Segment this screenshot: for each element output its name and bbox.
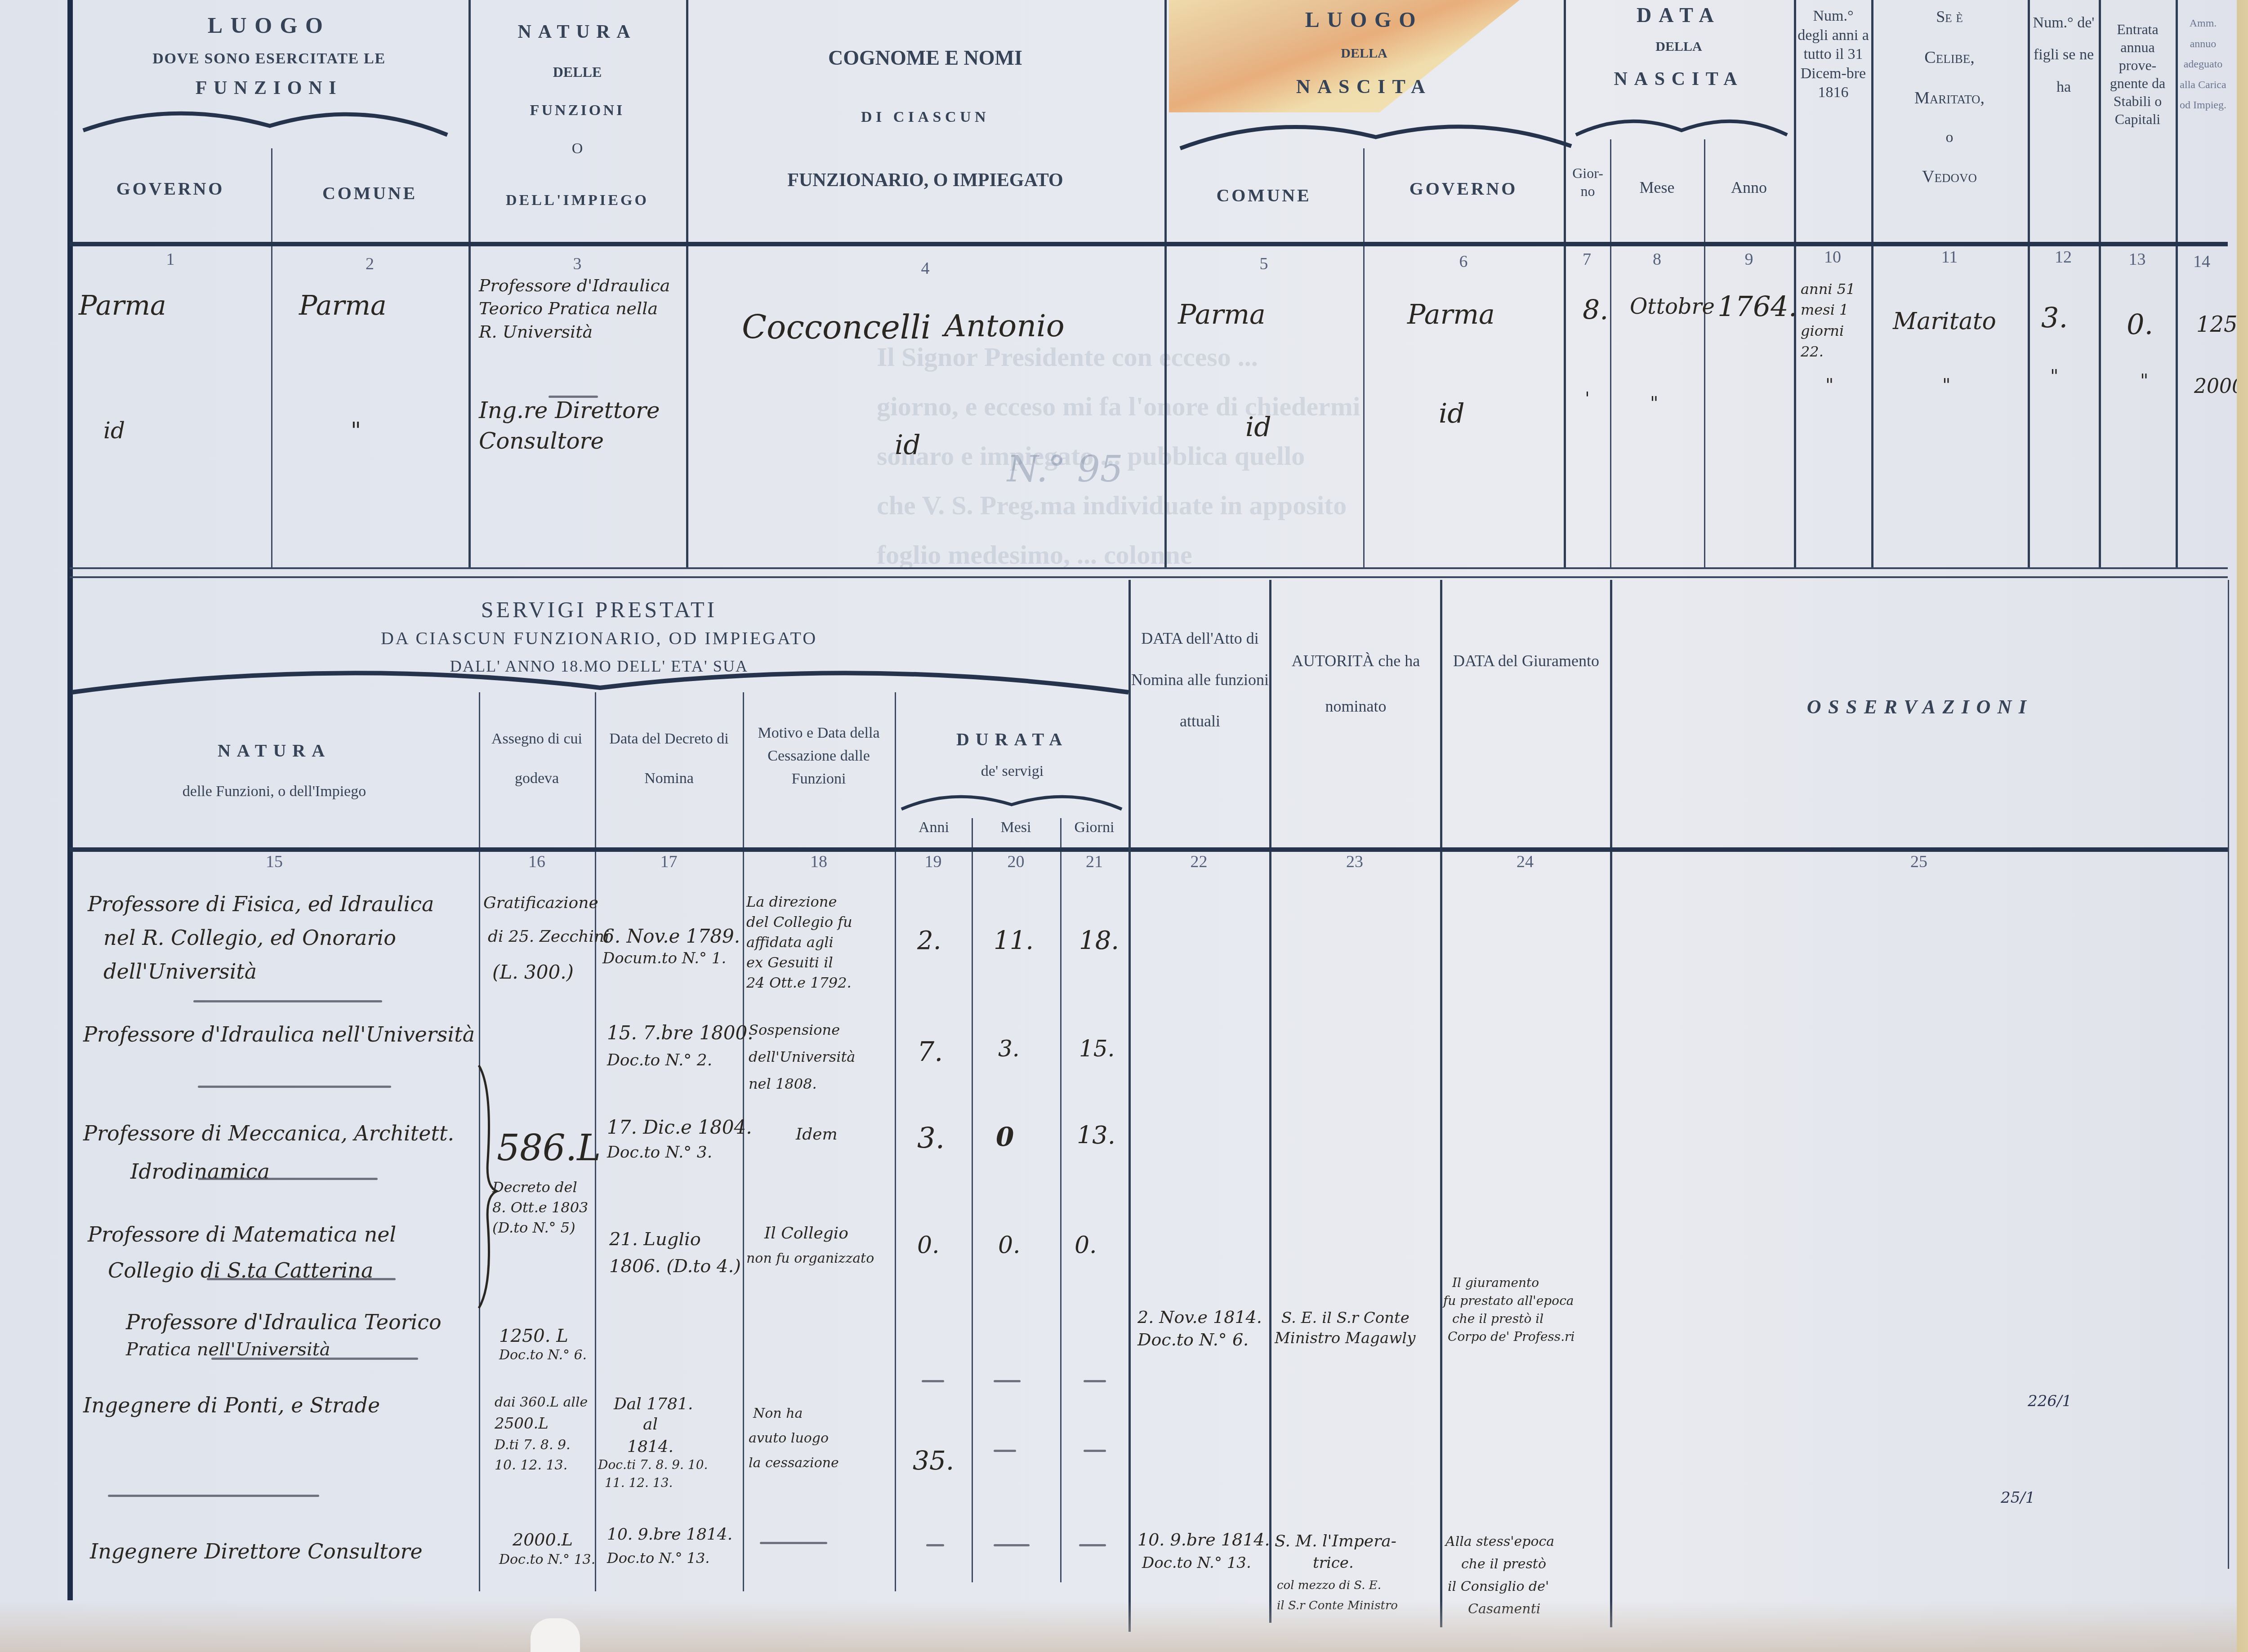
row1-comune: Parma [299, 288, 387, 324]
col-divider [468, 0, 471, 569]
col-divider [1871, 0, 1873, 569]
header-rule [70, 847, 1128, 852]
section-subtitle-age: DALL' ANNO 18.MO DELL' ETA' SUA [70, 656, 1128, 677]
service-row-decreto: Doc.to N.° 2. [607, 1050, 712, 1072]
service-row-data-atto: 2. Nov.e 1814. [1137, 1306, 1262, 1329]
service-row-natura: Professore d'Idraulica nell'Università [83, 1020, 475, 1048]
header-maritato: Maritato, [1871, 88, 2028, 109]
service-row-motivo: dell'Università [749, 1047, 855, 1067]
service-row-anni: 0. [917, 1229, 940, 1261]
document-page: Il Signor Presidente con ecceso ... gior… [0, 0, 2237, 1652]
service-row-natura: Idrodinamica [130, 1158, 270, 1185]
row1-entrata: 0. [2127, 306, 2153, 343]
service-row-giorni: 13. [1077, 1119, 1115, 1152]
column-number: 16 [479, 852, 595, 872]
header-rule [1131, 847, 2228, 852]
header-data-della: DELLA [1564, 38, 1794, 55]
service-row-mesi: 0 [996, 1119, 1014, 1154]
service-row-motivo: del Collegio fu [746, 913, 852, 932]
header-data-atto: DATA dell'Atto di Nomina alle funzioni a… [1131, 618, 1269, 742]
column-number: 9 [1704, 249, 1794, 269]
bleed-through-text: giorno, e ecceso mi fa l'onore di chiede… [877, 391, 1360, 422]
service-row-natura: dell'Università [103, 957, 257, 985]
empty-dash [994, 1544, 1030, 1546]
service-row-motivo: La direzione [746, 892, 837, 912]
service-row-giorni: 15. [1079, 1034, 1115, 1064]
header-durata-sub: de' servigi [896, 762, 1128, 781]
row2-nascita-governo: id [1439, 396, 1465, 432]
column-number: 7 [1564, 249, 1610, 269]
service-row-assegno: 2500.L [495, 1414, 549, 1434]
page-right-border [2228, 580, 2229, 1569]
header-vedovo: Vedovo [1871, 166, 2028, 188]
column-number: 8 [1610, 249, 1704, 269]
header-data-nascita-label: NASCITA [1564, 67, 1794, 91]
header-funzionario: FUNZIONARIO, O IMPIEGATO [686, 169, 1164, 192]
header-della: DELLA [1164, 45, 1564, 62]
service-row-natura: Professore d'Idraulica Teorico [126, 1308, 442, 1336]
service-row-mesi: 11. [994, 924, 1034, 958]
empty-dash [1079, 1544, 1106, 1546]
service-row-giuramento: che il prestò il [1452, 1310, 1543, 1327]
empty-dash [922, 1380, 944, 1382]
service-row-assegno: dai 360.L alle [495, 1394, 588, 1412]
service-row-motivo: 24 Ott.e 1792. [746, 973, 852, 993]
row1-nome: Antonio [944, 306, 1065, 347]
service-row-autorita: S. E. il S.r Conte [1281, 1308, 1409, 1329]
service-row-motivo: ex Gesuiti il [746, 953, 833, 972]
header-durata: DURATA [896, 728, 1128, 751]
row1-nascita-governo: Parma [1407, 297, 1495, 333]
service-row-assegno: D.ti 7. 8. 9. [495, 1436, 571, 1455]
service-row-decreto: 17. Dic.e 1804. [607, 1115, 752, 1140]
row1-nascita-comune: Parma [1178, 297, 1266, 333]
service-row-data-atto: 10. 9.bre 1814. [1137, 1528, 1270, 1551]
sub-divider [1704, 139, 1705, 569]
header-natura: NATURA [468, 20, 686, 44]
row-separator [193, 1000, 382, 1002]
service-row-anni: 3. [917, 1119, 945, 1158]
header-cognome: COGNOME E NOMI [686, 45, 1164, 71]
brace-decoration [1574, 110, 1789, 142]
service-row-anni: 35. [913, 1443, 954, 1478]
header-anno: Anno [1704, 178, 1794, 198]
bleed-through-text: Il Signor Presidente con ecceso ... [877, 342, 1258, 373]
service-row-assegno: 2000.L [513, 1528, 573, 1551]
service-row-natura: Ingegnere di Ponti, e Strade [83, 1391, 380, 1419]
service-row-decreto: al [643, 1414, 658, 1436]
column-number: 5 [1164, 254, 1363, 274]
margin-note: 226/1 [2028, 1391, 2072, 1412]
column-number: 11 [1871, 247, 2028, 267]
header-comune: COMUNE [271, 182, 468, 205]
service-row-motivo: avuto luogo [749, 1429, 829, 1448]
row2-eta: " [1825, 373, 1833, 397]
empty-dash [1084, 1380, 1106, 1382]
row1-figli: 3. [2041, 299, 2068, 337]
service-row-giorni: 0. [1075, 1229, 1097, 1261]
header-natura-impiego: delle Funzioni, o dell'Impiego [70, 782, 479, 802]
section-rule [70, 567, 2228, 569]
col-divider [686, 0, 688, 569]
service-row-decreto: 11. 12. 13. [605, 1474, 673, 1492]
row-separator [207, 1278, 396, 1280]
header-giorno: Gior-no [1566, 164, 1609, 200]
margin-note: 25/1 [2001, 1488, 2035, 1509]
service-row-giuramento: Il giuramento [1452, 1274, 1539, 1291]
section-subtitle: DA CIASCUN FUNZIONARIO, OD IMPIEGATO [70, 627, 1128, 650]
header-natura-delle: DELLE [468, 63, 686, 81]
column-number: 20 [972, 852, 1060, 872]
service-row-motivo: Non ha [753, 1405, 803, 1423]
col-divider [1610, 580, 1612, 1627]
sub-divider [743, 692, 744, 1591]
empty-dash [1084, 1450, 1106, 1452]
service-row-decreto: Docum.to N.° 1. [602, 948, 726, 969]
header-natura-funzioni: FUNZIONI [468, 101, 686, 120]
header-natura-impiego: DELL'IMPIEGO [468, 191, 686, 210]
header-autorita: AUTORITÀ che ha nominato [1271, 638, 1440, 729]
column-number: 2 [271, 254, 468, 274]
section-rule [70, 576, 2228, 578]
service-row-natura: Ingegnere Direttore Consultore [90, 1537, 423, 1565]
service-row-giorni: 18. [1079, 924, 1119, 958]
service-row-decreto: Doc.to N.° 3. [607, 1142, 712, 1164]
service-row-assegno: 8. Ott.e 1803 [492, 1198, 588, 1217]
row2-governo: id [103, 416, 125, 446]
sub-divider [1363, 148, 1365, 569]
header-col14: Amm. annuo adeguato alla Carica od Impie… [2178, 13, 2228, 116]
service-row-decreto: Doc.ti 7. 8. 9. 10. [598, 1456, 708, 1474]
row1-cognome: Cocconcelli [742, 306, 931, 349]
row2-natura: Ing.re Direttore Consultore [479, 396, 686, 456]
column-number: 13 [2099, 249, 2176, 269]
row1-giorno: 8. [1583, 292, 1608, 329]
col-divider [2176, 0, 2178, 569]
header-se-e: Se è [1871, 7, 2028, 27]
header-motivo: Motivo e Data della Cessazione dalle Fun… [744, 721, 893, 790]
service-row-assegno: 10. 12. 13. [495, 1456, 567, 1475]
service-row-decreto: 6. Nov.e 1789. [602, 924, 740, 949]
header-funzioni: FUNZIONI [70, 76, 468, 100]
service-row-decreto: 21. Luglio [609, 1227, 701, 1251]
header-mese: Mese [1610, 178, 1704, 198]
service-row-assegno: di 25. Zecchini [488, 926, 610, 948]
service-row-autorita: col mezzo di S. E. [1277, 1578, 1381, 1594]
header-luogo-sub: DOVE SONO ESERCITATE LE [70, 49, 468, 69]
service-row-giuramento: Alla stess'epoca [1445, 1533, 1554, 1551]
column-number: 19 [895, 852, 972, 872]
service-row-autorita: trice. [1313, 1553, 1354, 1574]
row-separator [108, 1495, 319, 1497]
bleed-through-text: che V. S. Preg.ma individuate in apposit… [877, 490, 1347, 521]
sub-divider [271, 148, 272, 569]
column-number: 25 [1610, 852, 2228, 872]
brace-decoration [474, 1061, 501, 1313]
service-row-decreto: Doc.to N.° 13. [607, 1549, 710, 1568]
sub-divider [1060, 818, 1062, 1582]
column-number: 17 [595, 852, 743, 872]
header-num-anni: Num.° degli anni a tutto il 31 Dicem-bre… [1796, 7, 1870, 102]
header-anni: Anni [896, 818, 972, 837]
service-row-giuramento: Corpo de' Profess.ri [1448, 1328, 1574, 1345]
row2-stato-civile: " [1942, 373, 1950, 397]
service-row-decreto: 1814. [627, 1436, 674, 1458]
book-clip [531, 1618, 580, 1652]
col-divider [1269, 580, 1271, 1623]
column-number: 18 [743, 852, 895, 872]
empty-dash [994, 1380, 1021, 1382]
row1-anno: 1764. [1717, 288, 1798, 325]
header-nascita-comune: COMUNE [1164, 184, 1363, 207]
column-number: 12 [2028, 247, 2099, 267]
service-row-anni: 7. [917, 1034, 943, 1070]
empty-dash [760, 1542, 827, 1544]
service-row-decreto: Dal 1781. [614, 1394, 693, 1416]
row2-cognome: id [895, 427, 921, 463]
column-number: 14 [2176, 252, 2228, 272]
service-row-assegno: Decreto del [492, 1178, 577, 1197]
header-nascita-governo: GOVERNO [1363, 178, 1564, 200]
column-number: 23 [1269, 852, 1440, 872]
service-row-motivo: Idem [796, 1124, 838, 1146]
service-row-giuramento: il Consiglio de' [1448, 1578, 1549, 1596]
row2-giorno: ' [1585, 387, 1590, 411]
header-mesi: Mesi [972, 818, 1060, 837]
stamp-number: N.° 95 [1007, 445, 1123, 494]
row1-eta: anni 51 mesi 1 giorni 22. [1801, 279, 1868, 362]
service-row-autorita: Ministro Magawly [1275, 1328, 1415, 1349]
row1-governo: Parma [79, 288, 166, 324]
header-assegno: Assegno di cui godeva [480, 719, 593, 799]
header-o: o [1871, 128, 2028, 147]
column-number: 24 [1440, 852, 1610, 872]
row2-nascita-comune: id [1245, 409, 1271, 445]
service-row-decreto: 15. 7.bre 1800. [607, 1020, 754, 1046]
column-number: 22 [1128, 852, 1269, 872]
header-giorni: Giorni [1060, 818, 1128, 837]
header-luogo: LUOGO [70, 11, 468, 40]
service-row-assegno: Doc.to N.° 6. [499, 1346, 587, 1365]
service-row-autorita: S. M. l'Impera- [1275, 1531, 1396, 1553]
header-luogo-nascita: LUOGO [1164, 7, 1564, 34]
column-number: 15 [70, 852, 479, 872]
service-row-motivo: non fu organizzato [746, 1250, 874, 1268]
row2-comune: " [351, 416, 361, 446]
service-row-assegno: (L. 300.) [492, 960, 574, 985]
service-row-assegno: 586.L [497, 1124, 601, 1172]
header-data-decreto: Data del Decreto di Nomina [596, 719, 742, 799]
service-row-decreto: 10. 9.bre 1814. [607, 1524, 732, 1546]
header-rule [70, 242, 2228, 246]
service-row-motivo: Il Collegio [764, 1223, 848, 1245]
header-celibe: Celibe, [1871, 47, 2028, 69]
service-row-assegno: Gratificazione [483, 892, 598, 914]
service-row-giuramento: che il prestò [1461, 1555, 1546, 1574]
service-row-natura: Professore di Matematica nel [88, 1220, 396, 1248]
page-shadow [0, 1600, 2237, 1652]
header-osservazioni: OSSERVAZIONI [1612, 695, 2228, 719]
service-row-motivo: Sospensione [749, 1020, 840, 1040]
brace-decoration [899, 787, 1124, 814]
service-row-mesi: 3. [998, 1034, 1020, 1064]
section-title: SERVIGI PRESTATI [70, 596, 1128, 624]
service-row-motivo: la cessazione [749, 1454, 839, 1473]
service-row-data-atto: Doc.to N.° 6. [1137, 1328, 1249, 1351]
service-row-anni: 2. [917, 924, 941, 958]
row2-mese: " [1650, 391, 1658, 415]
service-row-giuramento: fu prestato all'epoca [1443, 1292, 1574, 1309]
header-data-nascita: DATA [1564, 2, 1794, 28]
row-separator [198, 1086, 391, 1088]
row1-mese: Ottobre [1630, 292, 1715, 321]
row1-stato-civile: Maritato [1893, 306, 1996, 337]
book-fold [2237, 0, 2248, 1652]
row-separator [211, 1358, 418, 1360]
service-row-data-atto: Doc.to N.° 13. [1142, 1553, 1251, 1574]
row-separator [198, 1178, 378, 1180]
header-entrata: Entrata annua prove-gnente da Stabili o … [2101, 20, 2175, 128]
service-row-motivo: affidata agli [746, 933, 834, 952]
service-row-mesi: 0. [998, 1229, 1021, 1261]
service-row-motivo: nel 1808. [749, 1074, 817, 1094]
bleed-through-text: foglio medesimo, ... colonne [877, 539, 1192, 570]
column-number: 6 [1363, 252, 1564, 272]
service-row-natura: Professore di Meccanica, Architett. [83, 1119, 454, 1147]
header-governo: GOVERNO [70, 178, 271, 200]
row1-natura: Professore d'Idraulica Teorico Pratica n… [479, 274, 681, 343]
service-row-assegno: Doc.to N.° 13. [499, 1551, 595, 1569]
empty-dash [926, 1544, 944, 1546]
column-number: 10 [1794, 247, 1871, 267]
header-natura-funzioni: NATURA [70, 739, 479, 762]
header-ciascun: DI CIASCUN [686, 108, 1164, 127]
header-num-figli: Num.° de' figli se ne ha [2030, 7, 2097, 103]
header-natura-o: O [468, 139, 686, 159]
brace-decoration [81, 103, 450, 139]
service-row-natura: Professore di Fisica, ed Idraulica [88, 890, 434, 918]
header-nascita: NASCITA [1164, 74, 1564, 99]
header-data-giuramento: DATA del Giuramento [1442, 638, 1610, 684]
sub-divider [972, 818, 973, 1582]
column-number: 4 [686, 258, 1164, 278]
column-number: 3 [468, 254, 686, 274]
row2-figli: " [2050, 364, 2058, 388]
column-number: 1 [70, 249, 271, 269]
service-row-assegno: (D.to N.° 5) [492, 1218, 575, 1238]
col-divider [1440, 580, 1442, 1627]
sub-divider [1610, 139, 1611, 569]
brace-decoration [1178, 112, 1574, 153]
empty-dash [994, 1450, 1016, 1452]
row2-entrata: " [2140, 369, 2148, 393]
service-row-assegno: 1250. L [499, 1324, 568, 1348]
service-row-decreto: 1806. (D.to 4.) [609, 1254, 741, 1278]
column-number: 21 [1060, 852, 1128, 872]
service-row-natura: nel R. Collegio, ed Onorario [103, 924, 396, 952]
